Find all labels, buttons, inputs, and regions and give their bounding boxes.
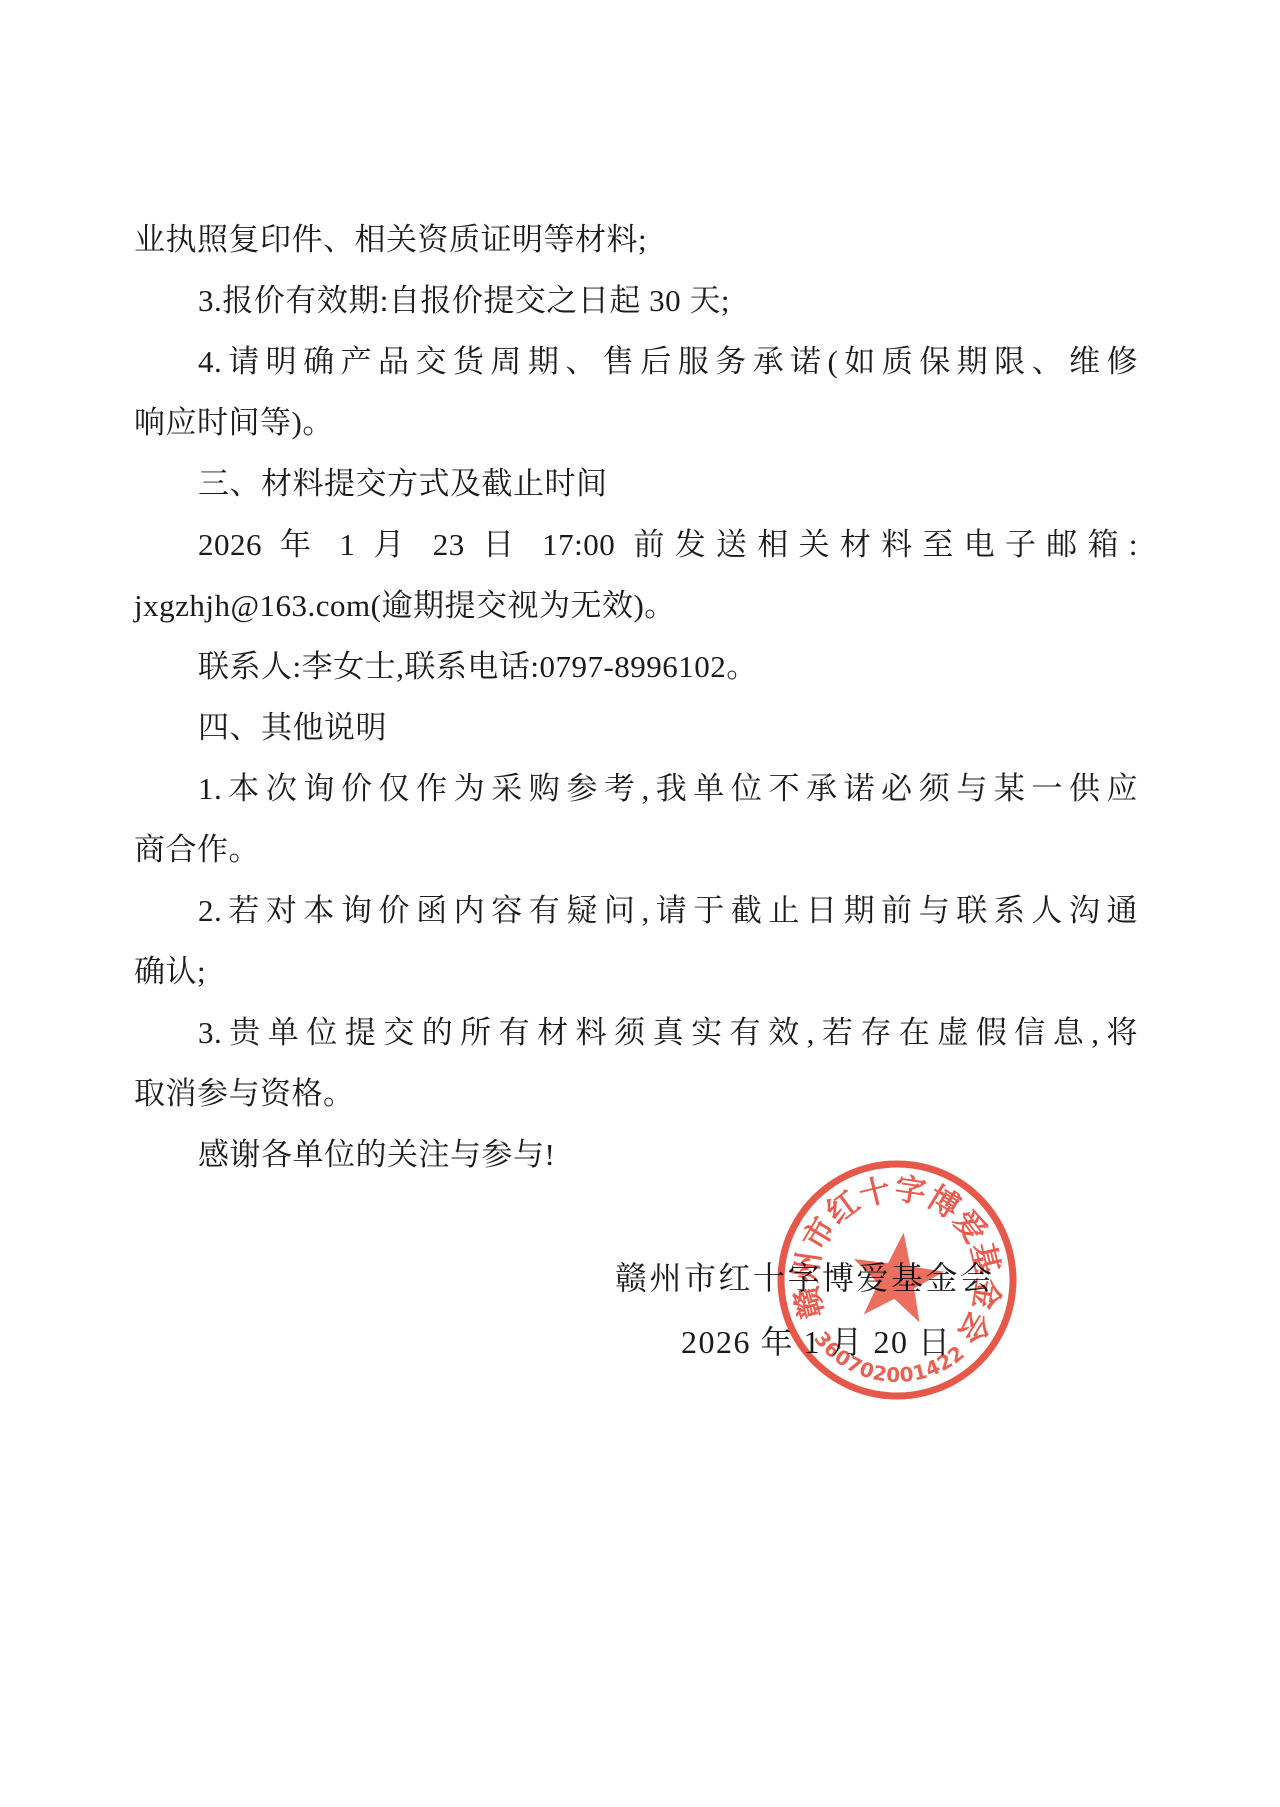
contact-line: 联系人:李女士,联系电话:0797-8996102。 <box>134 636 1138 697</box>
signature-organization: 赣州市红十字博爱基金会 <box>615 1253 995 1299</box>
signature-date: 2026 年 1 月 20 日 <box>681 1317 952 1363</box>
email-address-line: jxgzhjh@163.com(逾期提交视为无效)。 <box>134 575 1138 636</box>
paragraph-line: 2.若对本询价函内容有疑问,请于截止日期前与联系人沟通 <box>134 880 1138 941</box>
paragraph-line: 商合作。 <box>134 819 1138 880</box>
scanned-document-page: 业执照复印件、相关资质证明等材料; 3.报价有效期:自报价提交之日起 30 天;… <box>0 0 1280 1807</box>
paragraph-line: 3.贵单位提交的所有材料须真实有效,若存在虚假信息,将 <box>134 1002 1138 1063</box>
paragraph-line: 1.本次询价仅作为采购参考,我单位不承诺必须与某一供应 <box>134 758 1138 819</box>
paragraph-line: 2026 年 1 月 23 日 17:00 前发送相关材料至电子邮箱: <box>134 514 1138 575</box>
paragraph-line: 4.请明确产品交货周期、售后服务承诺(如质保期限、维修 <box>134 331 1138 392</box>
closing-line: 感谢各单位的关注与参与! <box>134 1124 1138 1185</box>
section-heading: 三、材料提交方式及截止时间 <box>134 453 1138 514</box>
paragraph-line: 3.报价有效期:自报价提交之日起 30 天; <box>134 270 1138 331</box>
section-heading: 四、其他说明 <box>134 697 1138 758</box>
document-body: 业执照复印件、相关资质证明等材料; 3.报价有效期:自报价提交之日起 30 天;… <box>134 209 1138 1185</box>
paragraph-line: 取消参与资格。 <box>134 1063 1138 1124</box>
paragraph-line: 业执照复印件、相关资质证明等材料; <box>134 209 1138 270</box>
paragraph-line: 响应时间等)。 <box>134 392 1138 453</box>
paragraph-line: 确认; <box>134 941 1138 1002</box>
